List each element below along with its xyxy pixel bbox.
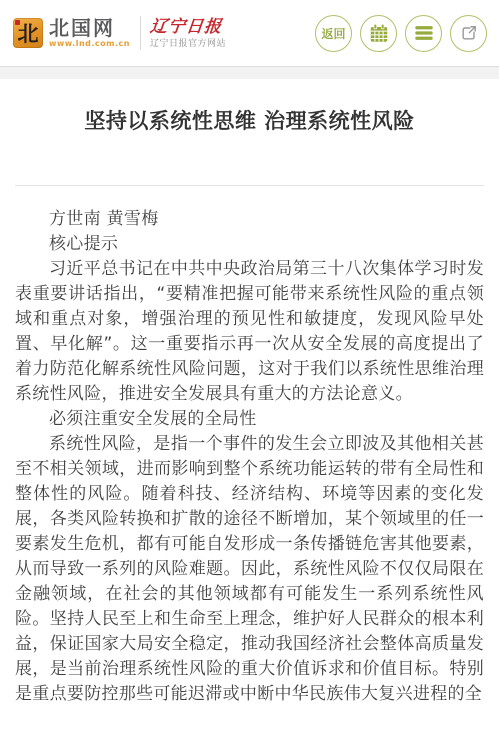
site-logo[interactable]: 北 北国网 www.lnd.com.cn 辽宁日报 辽宁日报官方网站 bbox=[13, 16, 226, 50]
article-paragraph: 习近平总书记在中共中央政治局第三十八次集体学习时发表重要讲话指出，“要精准把握可… bbox=[15, 257, 484, 407]
back-button[interactable]: 返回 bbox=[315, 15, 352, 52]
article: 坚持以系统性思维 治理系统性风险 方世南 黄雪梅 核心提示 习近平总书记在中共中… bbox=[0, 106, 499, 707]
share-button[interactable] bbox=[450, 15, 487, 52]
paper-brand-block: 辽宁日报 辽宁日报官方网站 bbox=[150, 17, 226, 49]
paper-tagline: 辽宁日报官方网站 bbox=[150, 40, 226, 49]
back-button-label: 返回 bbox=[321, 25, 345, 42]
menu-icon bbox=[413, 22, 435, 44]
article-subheading: 必须注重安全发展的全局性 bbox=[15, 407, 484, 432]
article-body: 方世南 黄雪梅 核心提示 习近平总书记在中共中央政治局第三十八次集体学习时发表重… bbox=[15, 207, 484, 707]
article-lead-label: 核心提示 bbox=[15, 232, 484, 257]
article-paragraph: 系统性风险，是指一个事件的发生会立即波及其他相关甚至不相关领域，进而影响到整个系… bbox=[15, 432, 484, 707]
article-byline: 方世南 黄雪梅 bbox=[15, 207, 484, 232]
menu-button[interactable] bbox=[405, 15, 442, 52]
logo-text-block: 北国网 www.lnd.com.cn bbox=[49, 18, 130, 48]
calendar-button[interactable] bbox=[360, 15, 397, 52]
site-name: 北国网 bbox=[49, 18, 130, 38]
site-header: 北 北国网 www.lnd.com.cn 辽宁日报 辽宁日报官方网站 返回 bbox=[0, 0, 499, 66]
page: 北 北国网 www.lnd.com.cn 辽宁日报 辽宁日报官方网站 返回 bbox=[0, 0, 499, 737]
header-actions: 返回 bbox=[315, 15, 487, 52]
beiguo-logo-icon: 北 bbox=[13, 18, 43, 48]
share-icon bbox=[459, 23, 479, 43]
logo-separator bbox=[140, 16, 141, 50]
paper-name: 辽宁日报 bbox=[149, 19, 223, 36]
title-divider bbox=[15, 185, 484, 186]
article-title: 坚持以系统性思维 治理系统性风险 bbox=[15, 106, 484, 136]
calendar-icon bbox=[368, 22, 390, 44]
header-divider-strip bbox=[0, 66, 499, 79]
site-url: www.lnd.com.cn bbox=[49, 40, 130, 48]
